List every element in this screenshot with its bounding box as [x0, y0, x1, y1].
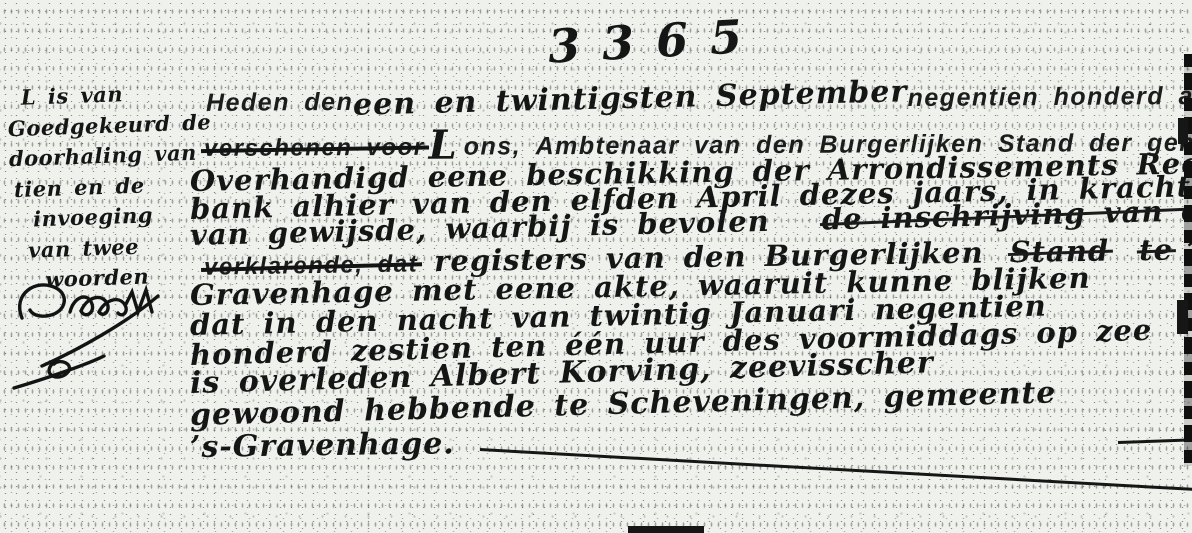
- body-line-1: Heden den een en twintigsten September n…: [190, 77, 1162, 119]
- scan-smudge: [628, 526, 704, 533]
- printed-heden-den: Heden den: [190, 88, 353, 118]
- body-line-12: ’s-Gravenhage.: [190, 426, 455, 465]
- document-page: 3365 L is van Goedgekeurd de doorhaling …: [0, 0, 1192, 533]
- struck-verschenen-voor: verschenen voor: [204, 134, 425, 163]
- scan-edge-blob: [1177, 300, 1188, 334]
- margin-note-line: doorhaling van: [8, 138, 195, 175]
- scan-edge-blob: [1178, 118, 1188, 144]
- closing-stroke-line: [480, 448, 1192, 491]
- printed-year: negentien honderd achttien: [907, 81, 1192, 113]
- trailing-dash: [1118, 438, 1192, 443]
- act-number: 3365: [547, 8, 766, 73]
- signature-paraaf-icon: [8, 266, 188, 398]
- margin-note: L is van Goedgekeurd de doorhaling van t…: [6, 77, 199, 297]
- scan-edge-strip: [1184, 54, 1192, 466]
- insertion-mark: L: [429, 136, 458, 156]
- struck-script-segment: te: [1139, 233, 1173, 268]
- handwritten-date: een en twintigsten September: [353, 74, 908, 123]
